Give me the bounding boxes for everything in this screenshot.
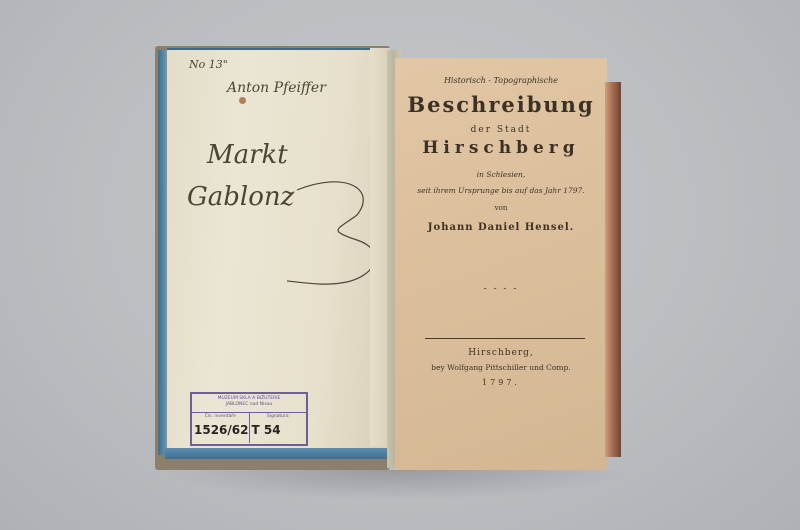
title-ornament: - - - - [395, 284, 607, 294]
museum-stamp: MUZEUM SKLA A BIŽUTERIE JABLONEC nad Nis… [190, 392, 308, 446]
inventory-number: 1526/62 [194, 423, 248, 437]
stamp-header: MUZEUM SKLA A BIŽUTERIE JABLONEC nad Nis… [192, 394, 306, 413]
stamp-inventory-label: Čís. inventáře [192, 413, 249, 420]
title-page: Historisch - Topographische Beschreibung… [395, 58, 607, 470]
stamp-inventory-cell: Čís. inventáře 1526/62 [192, 413, 249, 443]
handwritten-number: No 13" [189, 58, 228, 71]
stamp-header-line2: JABLONEC nad Nisou [192, 402, 306, 408]
bottom-blue-edge [165, 447, 390, 459]
book-photograph: No 13" Anton Pfeiffer Markt Gablonz MUZE… [0, 0, 800, 530]
title-author: Johann Daniel Hensel. [395, 222, 607, 233]
title-der-stadt: der Stadt [395, 125, 607, 135]
handwritten-markt: Markt [207, 140, 288, 170]
left-endpaper: No 13" Anton Pfeiffer Markt Gablonz MUZE… [167, 48, 389, 448]
title-main: Beschreibung [395, 92, 607, 117]
book-shadow [160, 470, 630, 500]
title-region: in Schlesien, [395, 170, 607, 179]
ink-spot [239, 97, 246, 104]
stamp-signature-label: Signatura [250, 413, 307, 420]
open-book: No 13" Anton Pfeiffer Markt Gablonz MUZE… [155, 42, 625, 472]
right-cover-edge [605, 82, 621, 457]
imprint-year: 1797. [395, 378, 607, 387]
title-city: Hirschberg [395, 138, 607, 158]
title-subtitle: Historisch - Topographische [395, 76, 607, 85]
imprint-publisher: bey Wolfgang Pittschiller und Comp. [395, 363, 607, 372]
title-von: von [395, 204, 607, 212]
title-period: seit ihrem Ursprunge bis auf das Jahr 17… [395, 186, 607, 195]
imprint-place: Hirschberg, [395, 348, 607, 358]
handwritten-owner-name: Anton Pfeiffer [227, 80, 326, 96]
title-rule [425, 338, 585, 339]
stamp-signature-cell: Signatura T 54 [249, 413, 307, 443]
handwritten-gablonz: Gablonz [187, 182, 294, 212]
signature-value: T 54 [252, 423, 281, 437]
